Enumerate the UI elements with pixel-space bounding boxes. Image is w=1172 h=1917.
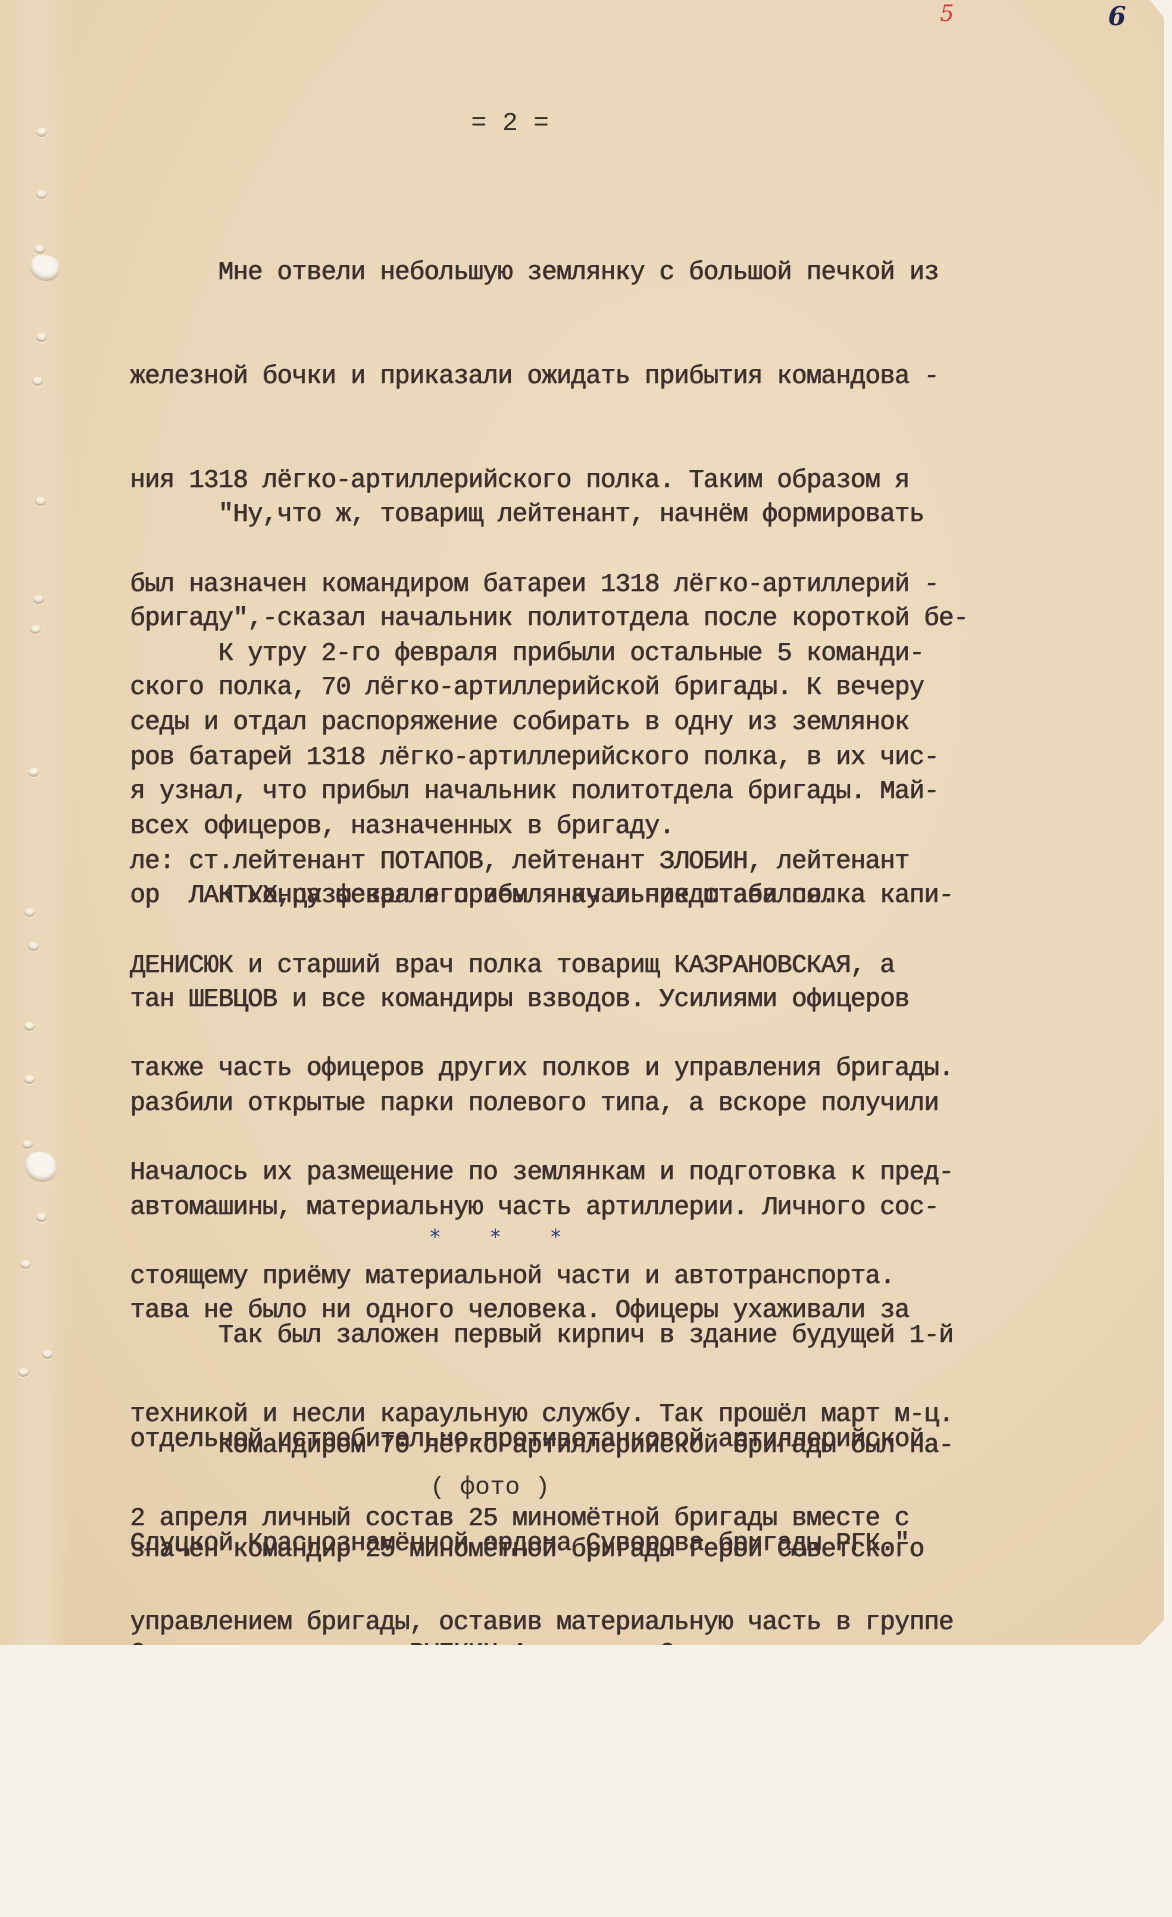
punch-hole xyxy=(22,1140,33,1149)
punch-hole xyxy=(28,942,39,951)
page-number: = 2 = xyxy=(0,108,1020,138)
punch-hole xyxy=(34,245,45,254)
punch-hole xyxy=(33,595,44,604)
text-line: Командиром 70 лёгко-артиллерийской брига… xyxy=(130,1429,1030,1464)
text-line: К утру 2-го февраля прибыли остальные 5 … xyxy=(130,637,1030,672)
text-line: Мне отвели небольшую землянку с большой … xyxy=(130,256,1030,291)
punch-hole xyxy=(28,768,39,777)
punch-hole xyxy=(24,1075,35,1084)
text-line: разбили открытые парки полевого типа, а … xyxy=(130,1087,1030,1122)
typed-document-page: 5 6 = 2 = Мне отвели небольшую землянку … xyxy=(0,0,1164,1645)
paper-tear xyxy=(25,1152,57,1182)
photo-placeholder-note: ( фото ) xyxy=(430,1473,550,1502)
punch-hole xyxy=(18,1368,29,1377)
punch-hole xyxy=(24,908,35,917)
paragraph-6: Командиром 70 лёгко-артиллерийской брига… xyxy=(130,1360,1030,1652)
text-line: тан ШЕВЦОВ и все командиры взводов. Усил… xyxy=(130,983,1030,1018)
archive-sheet-number-blue: 6 xyxy=(1108,2,1126,32)
text-line: ров батарей 1318 лёгко-артиллерийского п… xyxy=(130,741,1030,776)
punch-hole xyxy=(35,497,46,506)
punch-hole xyxy=(36,1213,47,1222)
text-line: автомашины, материальную часть артиллери… xyxy=(130,1191,1030,1226)
text-line: К концу февраля прибыл начальник штаба п… xyxy=(130,879,1030,914)
punch-hole xyxy=(36,333,47,342)
punch-hole xyxy=(36,190,47,199)
archive-sheet-number-red: 5 xyxy=(940,2,954,27)
section-divider-stars: * * * xyxy=(430,1225,583,1249)
punch-hole xyxy=(30,625,41,634)
text-line: значен командир 25 миномётной бригады Ге… xyxy=(130,1533,1030,1568)
text-line: Союза подполковник РЫБКИН Александр Степ… xyxy=(130,1637,1030,1652)
punch-hole xyxy=(24,1022,35,1031)
punch-hole xyxy=(42,1350,53,1359)
text-line: Так был заложен первый кирпич в здание б… xyxy=(130,1319,1030,1354)
punch-hole xyxy=(32,377,43,386)
punch-hole xyxy=(20,1260,31,1269)
text-line: железной бочки и приказали ожидать прибы… xyxy=(130,360,1030,395)
paper-tear xyxy=(30,255,60,281)
text-line: "Ну,что ж, товарищ лейтенант, начнём фор… xyxy=(130,498,1030,533)
